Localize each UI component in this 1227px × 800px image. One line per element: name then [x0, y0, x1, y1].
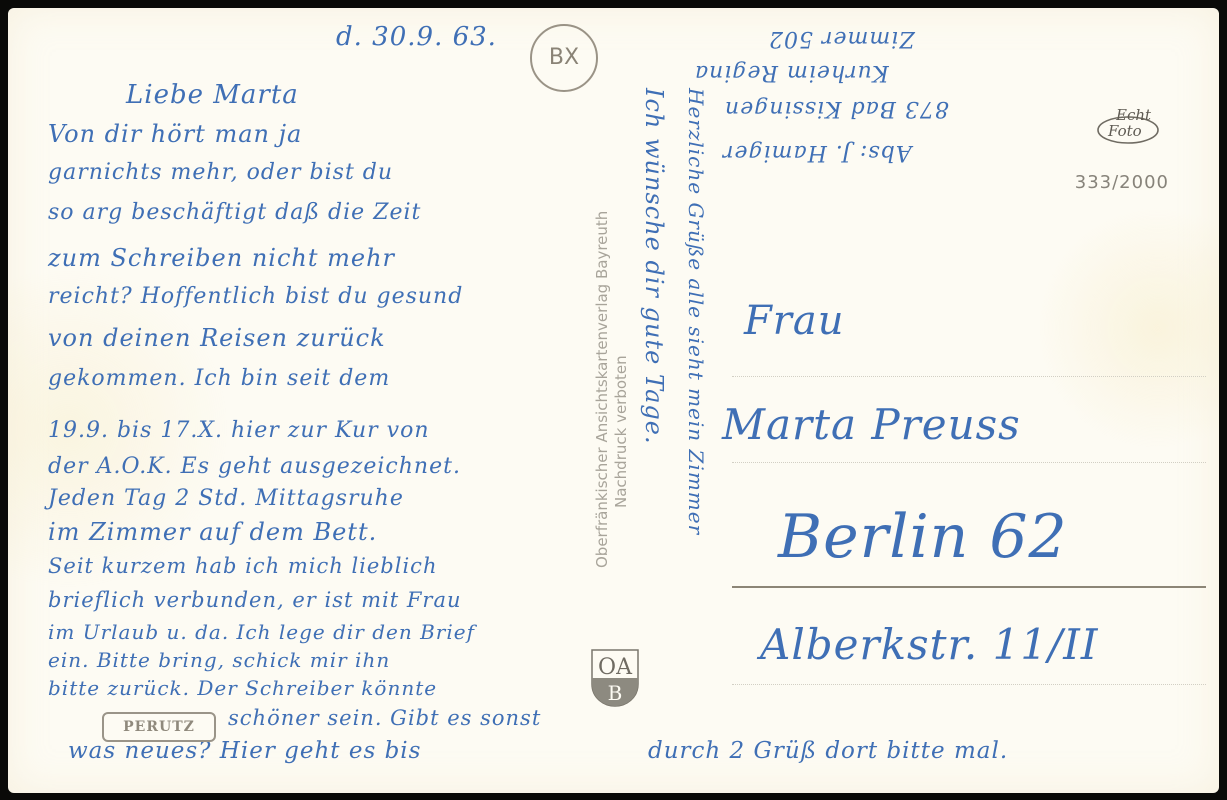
- oab-shield-icon: OA B: [590, 648, 640, 708]
- sender-name: Abs: J. Hamiger: [722, 140, 912, 165]
- echt-foto-icon: Echt Foto: [1094, 100, 1162, 146]
- message-footer-continuation: durch 2 Grüß dort bitte mal.: [648, 738, 1008, 764]
- message-line: gekommen. Ich bin seit dem: [48, 366, 390, 391]
- message-line: ein. Bitte bring, schick mir ihn: [48, 648, 390, 672]
- message-line: Seit kurzem hab ich mich lieblich: [48, 554, 437, 578]
- message-line: zum Schreiben nicht mehr: [48, 244, 395, 272]
- archive-mark: BX: [530, 24, 598, 92]
- postcard-back: d. 30.9. 63. BX Liebe Marta Von dir hört…: [8, 8, 1219, 793]
- message-line: Von dir hört man ja: [48, 120, 302, 148]
- vertical-note-2: Herzliche Grüße alle sieht mein Zimmer: [684, 88, 708, 535]
- echt-foto-logo: Echt Foto: [1094, 100, 1162, 146]
- oab-publisher-logo: OA B: [590, 648, 640, 708]
- archive-mark-text: BX: [532, 26, 596, 90]
- recipient-city: Berlin 62: [778, 502, 1068, 572]
- message-line: schöner sein. Gibt es sonst: [228, 706, 541, 730]
- sender-room: Zimmer 502: [768, 26, 915, 51]
- date-written: d. 30.9. 63.: [336, 22, 497, 52]
- publisher-imprint: Oberfränkischer Ansichtskartenverlag Bay…: [593, 211, 631, 568]
- message-line: der A.O.K. Es geht ausgezeichnet.: [48, 454, 461, 479]
- recipient-street: Alberkstr. 11/II: [760, 620, 1098, 669]
- svg-text:OA: OA: [598, 655, 633, 680]
- reprint-notice: Nachdruck verboten: [612, 211, 631, 568]
- recipient-name: Marta Preuss: [722, 400, 1021, 449]
- sender-city: 873 Bad Kissingen: [724, 96, 949, 121]
- perutz-paper-mark: PERUTZ: [102, 712, 216, 742]
- address-line-2: [732, 462, 1206, 463]
- message-line: von deinen Reisen zurück: [48, 324, 386, 352]
- message-line: im Zimmer auf dem Bett.: [48, 518, 377, 546]
- message-line: im Urlaub u. da. Ich lege dir den Brief: [48, 620, 475, 644]
- message-line: reicht? Hoffentlich bist du gesund: [48, 284, 463, 309]
- address-line-4: [732, 684, 1206, 685]
- message-line: bitte zurück. Der Schreiber könnte: [48, 676, 437, 700]
- message-line: so arg beschäftigt daß die Zeit: [48, 200, 421, 225]
- message-line: brieflich verbunden, er ist mit Frau: [48, 588, 462, 612]
- message-line: Jeden Tag 2 Std. Mittagsruhe: [48, 486, 404, 511]
- vertical-note-1: Ich wünsche dir gute Tage.: [640, 88, 668, 445]
- salutation: Liebe Marta: [126, 80, 299, 110]
- sender-house: Kurheim Regina: [694, 60, 889, 85]
- message-line: garnichts mehr, oder bist du: [48, 160, 393, 185]
- svg-text:B: B: [608, 681, 623, 705]
- edition-number: 333/2000: [1075, 172, 1169, 193]
- publisher-name: Oberfränkischer Ansichtskartenverlag Bay…: [593, 211, 612, 568]
- svg-text:Foto: Foto: [1107, 122, 1142, 140]
- address-line-3: [732, 586, 1206, 588]
- message-line: 19.9. bis 17.X. hier zur Kur von: [48, 418, 430, 443]
- address-line-1: [732, 376, 1206, 377]
- recipient-salutation: Frau: [744, 298, 844, 344]
